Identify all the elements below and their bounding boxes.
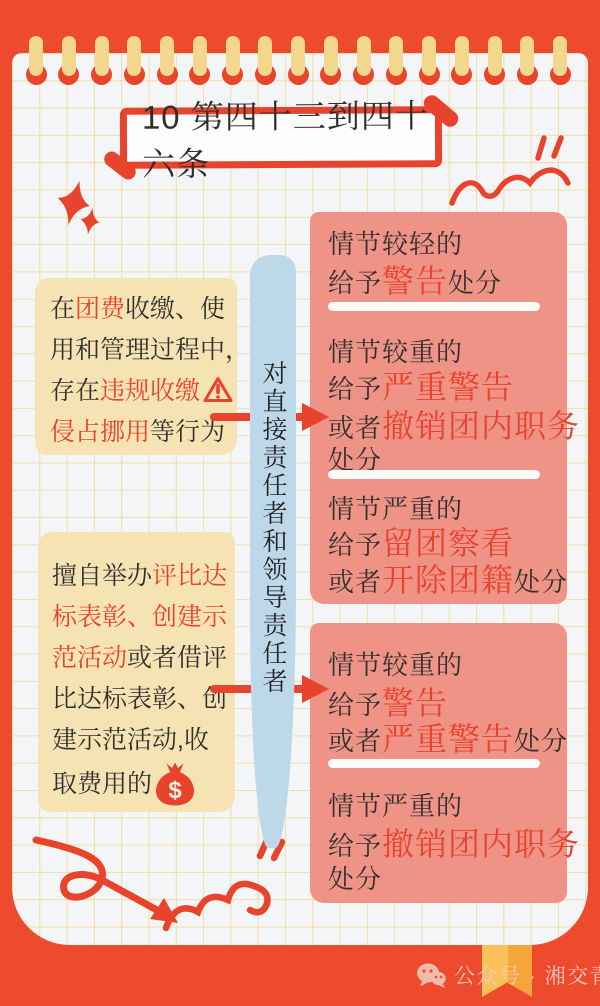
dollar-sign: $ [168,777,182,804]
title-text: 10 第四十三到四十六条 [142,90,435,186]
spiral-peg [389,36,403,88]
spiral-peg [127,36,141,88]
spiral-peg [324,36,338,88]
swirl-arrow-decoration [28,828,293,940]
violation-box-fees: 在团费收缴、使 用和管理过程中， 存在违规收缴 侵占挪用等行为 [35,278,237,455]
penalty-box-1: 情节较轻的 给予警告处分 情节较重的 给予严重警告 或者撤销团内职务 处分 情节… [310,212,567,604]
text-line: 存在违规收缴 [50,371,237,412]
spiral-peg [160,36,174,88]
watermark-text: 公众号 · 湘交青年 [454,960,600,990]
penalty-line: 情节较重的 [328,645,463,682]
penalty-line: 处分 [328,859,382,896]
spiral-peg [488,36,502,88]
divider [328,302,540,311]
spiral-peg [95,36,109,88]
spiral-peg [357,36,371,88]
spiral-peg [258,36,272,88]
text-line: 范活动或者借评 [52,638,235,679]
spiral-peg [62,36,76,88]
text-line: 比达标表彰、创 [52,679,235,720]
money-bag-icon: $ [154,761,196,807]
responsibility-label: 对直接责任者和领导责任者 [255,360,291,696]
spiral-peg [226,36,240,88]
text-line: 侵占挪用等行为 [50,412,237,453]
title-badge: 10 第四十三到四十六条 [120,106,442,169]
text-line: 在团费收缴、使 [50,289,237,330]
sparkle-icon [52,180,114,246]
divider [328,470,540,479]
spiral-peg [29,36,43,88]
spiral-peg [193,36,207,88]
squiggle-cloud-icon [440,125,575,215]
divider [328,759,540,768]
spiral-binding [29,36,567,88]
warning-icon [203,376,233,403]
spiral-peg [422,36,436,88]
text-line: 取费用的$ [52,761,235,807]
penalty-box-2: 情节较重的 给予警告 或者严重警告处分 情节严重的 给予撤销团内职务 处分 [310,623,567,903]
penalty-line: 或者严重警告处分 [328,714,568,760]
spiral-peg [520,36,534,88]
violation-box-events: 擅自举办评比达 标表彰、创建示 范活动或者借评 比达标表彰、创 建示范活动,收 … [38,532,235,812]
penalty-line: 情节严重的 [328,786,463,823]
infographic-page: 10 第四十三到四十六条 在团费收缴、使 用和管理过程中， 存在违规收缴 侵占挪… [0,0,600,1006]
text-line: 标表彰、创建示 [52,597,235,638]
spiral-peg [455,36,469,88]
wechat-watermark: 公众号 · 湘交青年 [416,960,600,990]
spiral-peg [553,36,567,88]
text-line: 用和管理过程中， [50,330,237,371]
penalty-line: 给予警告处分 [328,256,502,302]
responsibility-strip: 对直接责任者和领导责任者 [250,255,296,848]
text-line: 擅自举办评比达 [52,556,235,597]
penalty-line: 或者开除团籍处分 [328,555,568,601]
spiral-peg [291,36,305,88]
wechat-icon [416,962,446,989]
text-line: 建示范活动,收 [52,720,235,761]
